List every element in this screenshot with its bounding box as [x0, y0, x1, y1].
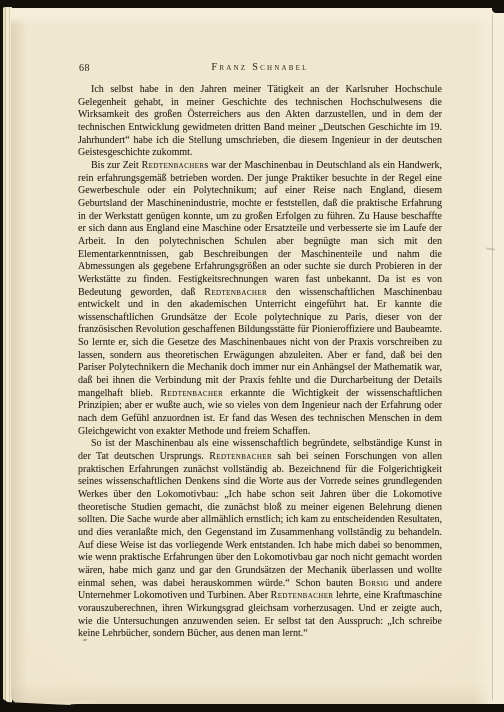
fore-edge-crease [492, 14, 493, 700]
crease-mark [486, 247, 495, 250]
scanned-book-spread: 68 Franz Schnabel Ich selbst habe in den… [0, 0, 504, 712]
book-page: 68 Franz Schnabel Ich selbst habe in den… [11, 8, 504, 704]
person-name: Borsig [359, 578, 389, 589]
person-name: Redtenbacher [142, 160, 205, 171]
running-head: Franz Schnabel [78, 62, 442, 73]
printed-content: 68 Franz Schnabel Ich selbst habe in den… [78, 62, 442, 641]
person-name: Redtenbacher [271, 590, 334, 601]
paragraph: Ich selbst habe in den Jahren meiner Tät… [78, 84, 442, 160]
person-name: Redtenbacher [160, 388, 223, 399]
scan-background-corner [492, 0, 504, 13]
person-name: Redtenbacher [209, 451, 272, 462]
paragraph: So ist der Maschinenbau als eine wissens… [78, 438, 442, 641]
body-text: Ich selbst habe in den Jahren meiner Tät… [78, 84, 442, 641]
person-name: Redtenbacher [204, 287, 267, 298]
page-header: 68 Franz Schnabel [78, 62, 442, 75]
paragraph: Bis zur Zeit Redtenbachers war der Masch… [78, 160, 442, 438]
